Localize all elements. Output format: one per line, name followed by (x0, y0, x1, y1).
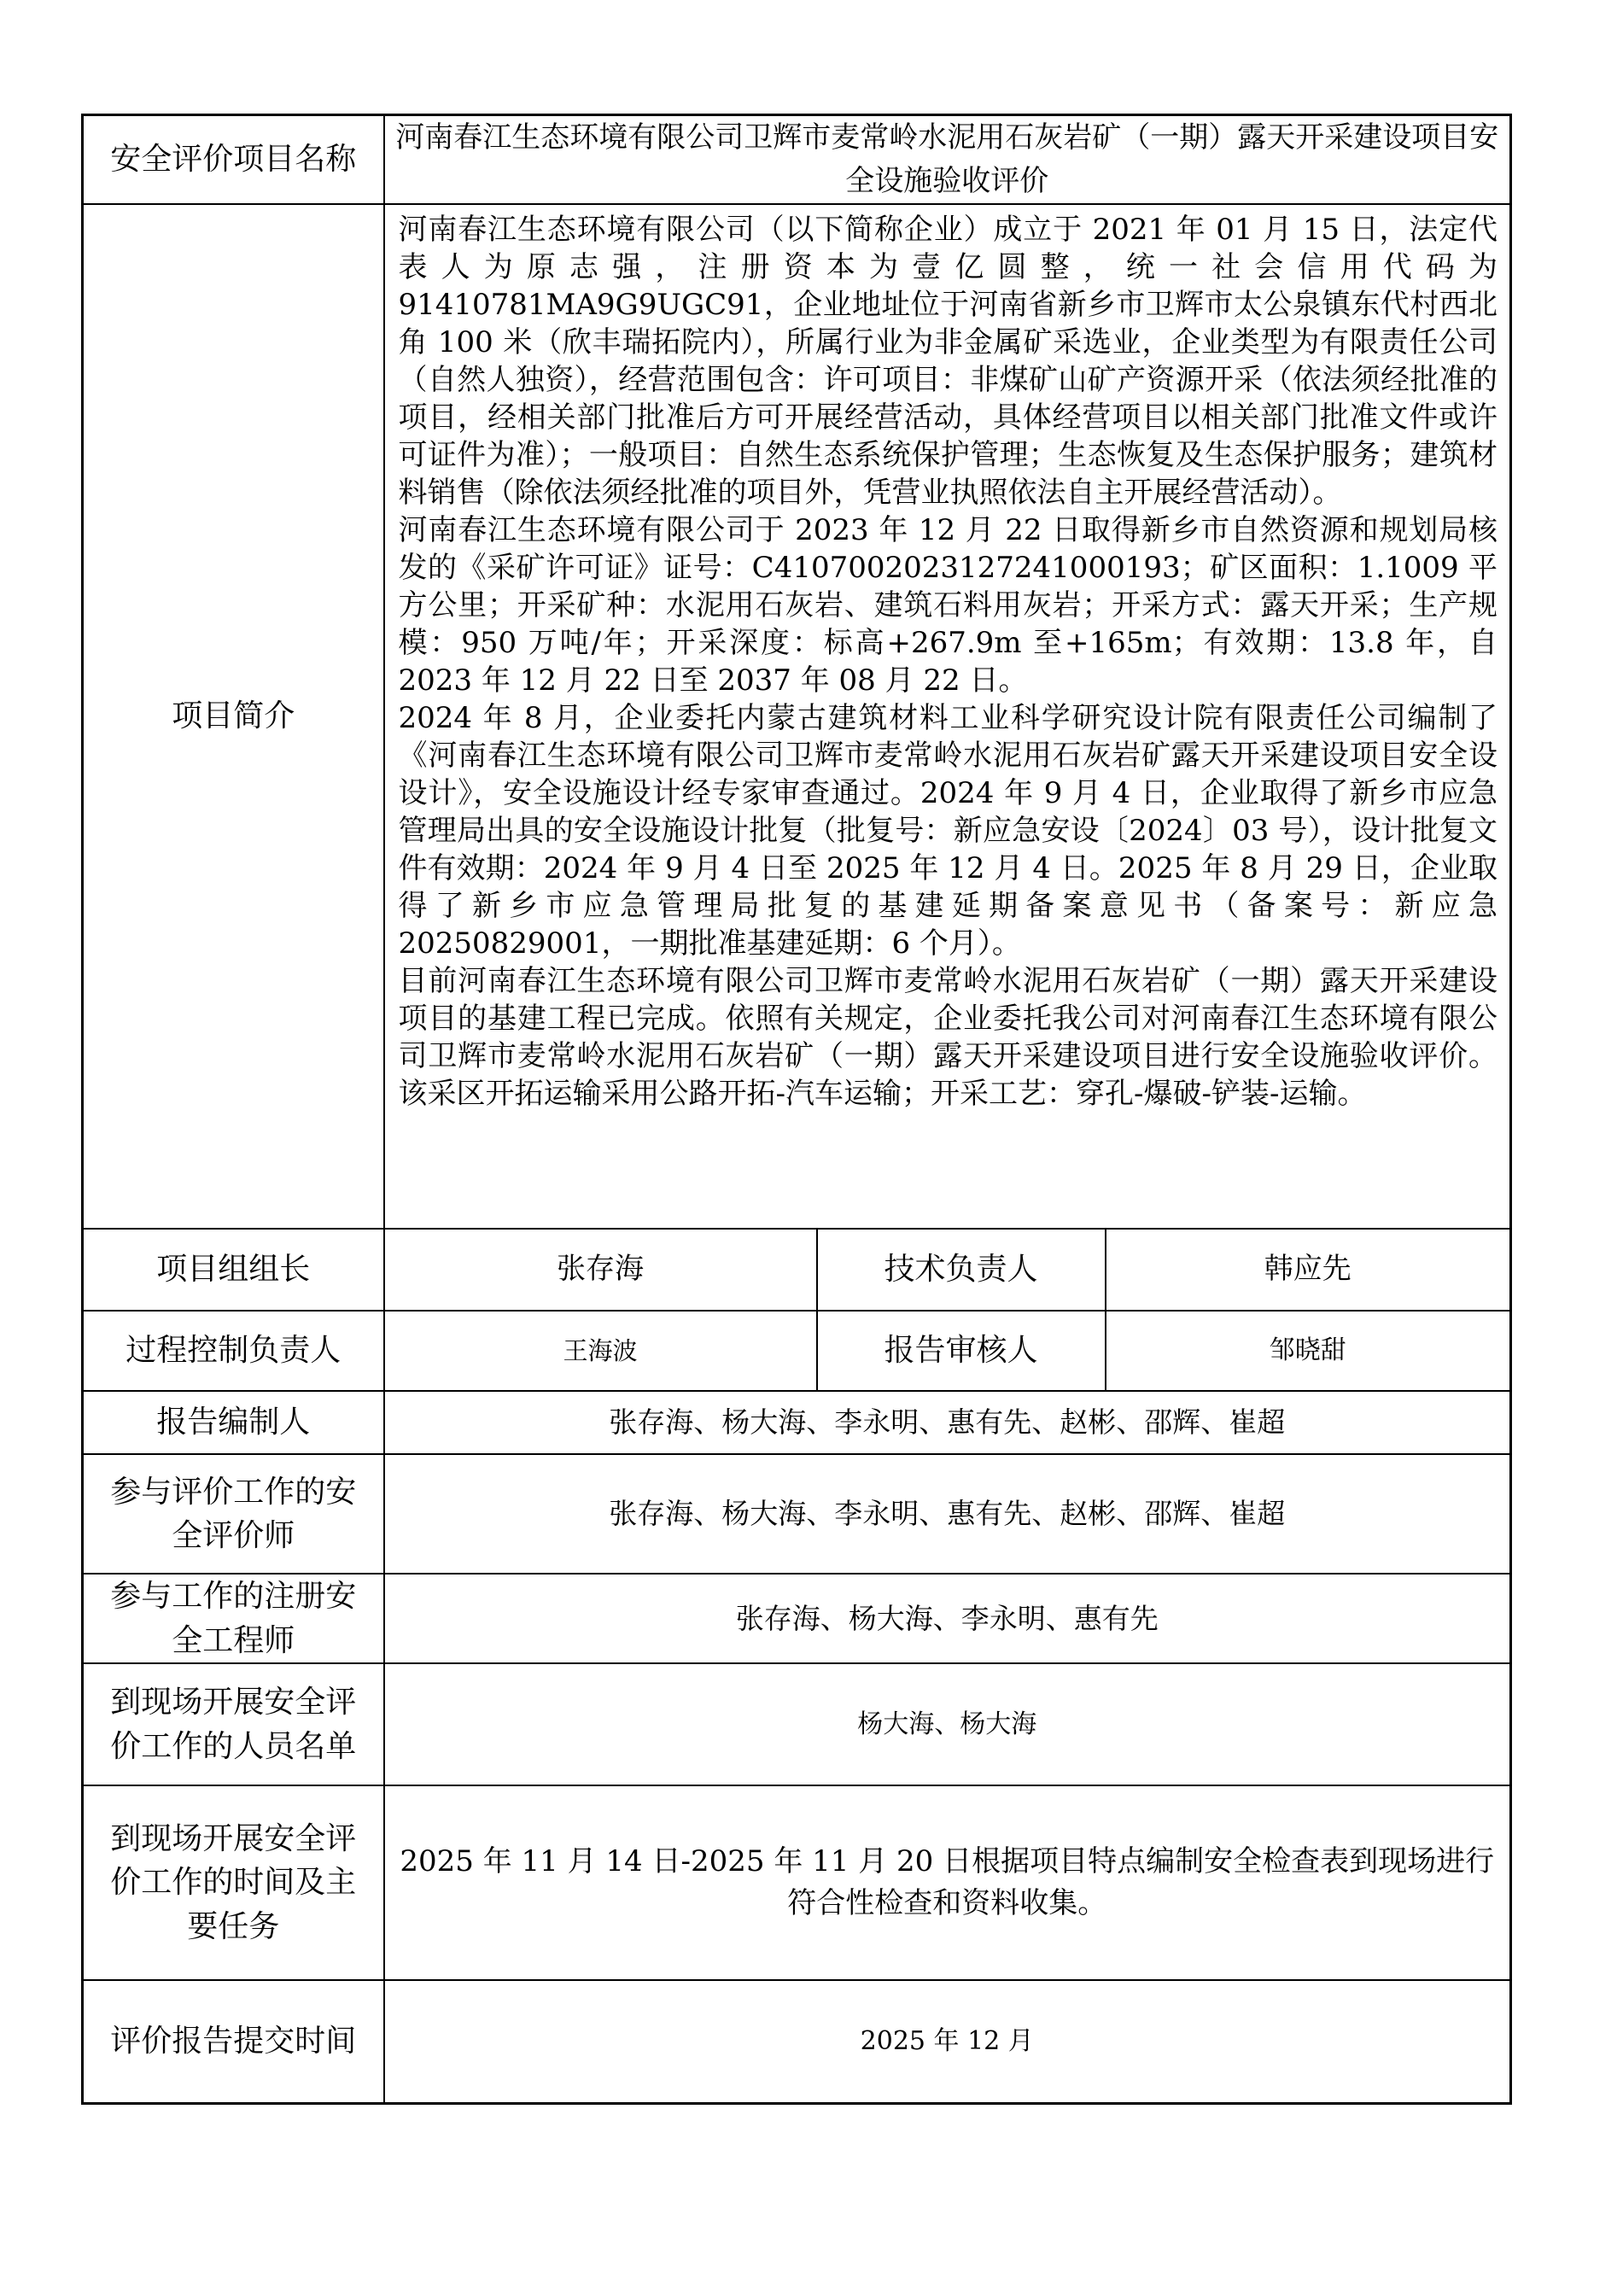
table-row-leaders: 项目组组长 张存海 技术负责人 韩应先 (83, 1229, 1511, 1311)
table-row-report-submission: 评价报告提交时间 2025 年 12 月 (83, 1980, 1511, 2103)
table-row-safety-evaluators: 参与评价工作的安全评价师 张存海、杨大海、李永明、惠有先、赵彬、邵辉、崔超 (83, 1454, 1511, 1574)
site-time-tasks-value: 2025 年 11 月 14 日-2025 年 11 月 20 日根据项目特点编… (384, 1785, 1511, 1980)
team-leader-value: 张存海 (384, 1229, 817, 1311)
site-time-tasks-label: 到现场开展安全评价工作的时间及主要任务 (83, 1785, 384, 1980)
technical-lead-value: 韩应先 (1106, 1229, 1511, 1311)
intro-paragraph-design: 2024 年 8 月，企业委托内蒙古建筑材料工业科学研究设计院有限责任公司编制了… (399, 699, 1498, 962)
document-page: 安全评价项目名称 河南春江生态环境有限公司卫辉市麦常岭水泥用石灰岩矿（一期）露天… (0, 0, 1623, 2296)
intro-paragraph-current: 目前河南春江生态环境有限公司卫辉市麦常岭水泥用石灰岩矿（一期）露天开采建设项目的… (399, 962, 1498, 1113)
team-leader-label: 项目组组长 (83, 1229, 384, 1311)
process-control-value: 王海波 (384, 1311, 817, 1391)
technical-lead-label: 技术负责人 (817, 1229, 1106, 1311)
report-authors-value: 张存海、杨大海、李永明、惠有先、赵彬、邵辉、崔超 (384, 1391, 1511, 1454)
registered-engineers-value: 张存海、杨大海、李永明、惠有先 (384, 1574, 1511, 1663)
table-row-project-name: 安全评价项目名称 河南春江生态环境有限公司卫辉市麦常岭水泥用石灰岩矿（一期）露天… (83, 115, 1511, 205)
site-staff-value: 杨大海、杨大海 (384, 1663, 1511, 1785)
table-row-registered-engineers: 参与工作的注册安全工程师 张存海、杨大海、李永明、惠有先 (83, 1574, 1511, 1663)
registered-engineers-label: 参与工作的注册安全工程师 (83, 1574, 384, 1663)
report-reviewer-value: 邹晓甜 (1106, 1311, 1511, 1391)
project-name-value: 河南春江生态环境有限公司卫辉市麦常岭水泥用石灰岩矿（一期）露天开采建设项目安全设… (384, 115, 1511, 205)
process-control-label: 过程控制负责人 (83, 1311, 384, 1391)
table-row-report-authors: 报告编制人 张存海、杨大海、李永明、惠有先、赵彬、邵辉、崔超 (83, 1391, 1511, 1454)
safety-evaluators-label: 参与评价工作的安全评价师 (83, 1454, 384, 1574)
report-reviewer-label: 报告审核人 (817, 1311, 1106, 1391)
site-staff-label: 到现场开展安全评价工作的人员名单 (83, 1663, 384, 1785)
intro-paragraph-company: 河南春江生态环境有限公司（以下简称企业）成立于 2021 年 01 月 15 日… (399, 211, 1498, 511)
report-authors-label: 报告编制人 (83, 1391, 384, 1454)
report-submission-value: 2025 年 12 月 (384, 1980, 1511, 2103)
project-intro-label: 项目简介 (83, 204, 384, 1229)
intro-paragraph-license: 河南春江生态环境有限公司于 2023 年 12 月 22 日取得新乡市自然资源和… (399, 511, 1498, 699)
table-row-site-staff: 到现场开展安全评价工作的人员名单 杨大海、杨大海 (83, 1663, 1511, 1785)
project-name-label: 安全评价项目名称 (83, 115, 384, 205)
project-info-table: 安全评价项目名称 河南春江生态环境有限公司卫辉市麦常岭水泥用石灰岩矿（一期）露天… (81, 114, 1512, 2105)
report-submission-label: 评价报告提交时间 (83, 1980, 384, 2103)
table-row-process-control: 过程控制负责人 王海波 报告审核人 邹晓甜 (83, 1311, 1511, 1391)
table-row-site-time-tasks: 到现场开展安全评价工作的时间及主要任务 2025 年 11 月 14 日-202… (83, 1785, 1511, 1980)
table-row-project-intro: 项目简介 河南春江生态环境有限公司（以下简称企业）成立于 2021 年 01 月… (83, 204, 1511, 1229)
project-intro-value: 河南春江生态环境有限公司（以下简称企业）成立于 2021 年 01 月 15 日… (384, 204, 1511, 1229)
safety-evaluators-value: 张存海、杨大海、李永明、惠有先、赵彬、邵辉、崔超 (384, 1454, 1511, 1574)
